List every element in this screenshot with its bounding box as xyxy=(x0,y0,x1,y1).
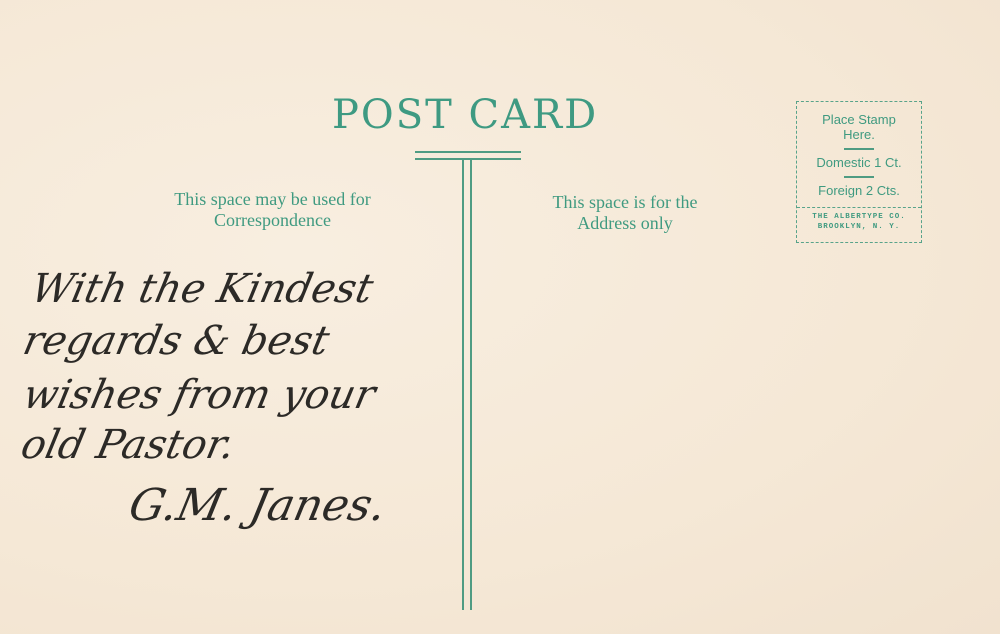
correspondence-label-line1: This space may be used for xyxy=(140,189,405,210)
printer-imprint-line2: BROOKLYN, N. Y. xyxy=(797,222,921,232)
address-label: This space is for the Address only xyxy=(520,192,730,234)
stamp-line1: Place Stamp xyxy=(797,112,921,127)
handwriting-line-2: regards & best xyxy=(19,318,333,364)
stamp-box: Place Stamp Here. Domestic 1 Ct. Foreign… xyxy=(796,101,922,243)
postcard-title: POST CARD xyxy=(332,92,594,138)
postcard-back: POST CARD This space may be used for Cor… xyxy=(0,0,1000,634)
stamp-line2: Here. xyxy=(797,127,921,142)
printer-imprint-line1: THE ALBERTYPE CO. xyxy=(797,212,921,222)
divider-vertical-rule-1 xyxy=(462,160,464,610)
address-label-line2: Address only xyxy=(520,213,730,234)
stamp-dash-1 xyxy=(844,148,874,150)
handwriting-line-1: With the Kindest xyxy=(27,266,377,312)
handwriting-line-3: wishes from your xyxy=(19,372,379,418)
handwriting-signature: G.M. Janes. xyxy=(125,480,391,531)
handwriting-line-4: old Pastor. xyxy=(17,422,239,468)
correspondence-label-line2: Correspondence xyxy=(140,210,405,231)
address-label-line1: This space is for the xyxy=(520,192,730,213)
stamp-foreign: Foreign 2 Cts. xyxy=(797,183,921,198)
stamp-dash-2 xyxy=(844,176,874,178)
divider-top-rule-1 xyxy=(415,151,521,153)
stamp-domestic: Domestic 1 Ct. xyxy=(797,155,921,170)
correspondence-label: This space may be used for Correspondenc… xyxy=(140,189,405,231)
printer-imprint: THE ALBERTYPE CO. BROOKLYN, N. Y. xyxy=(797,207,921,242)
divider-top-rule-2 xyxy=(415,158,521,160)
divider-vertical-rule-2 xyxy=(470,160,472,610)
